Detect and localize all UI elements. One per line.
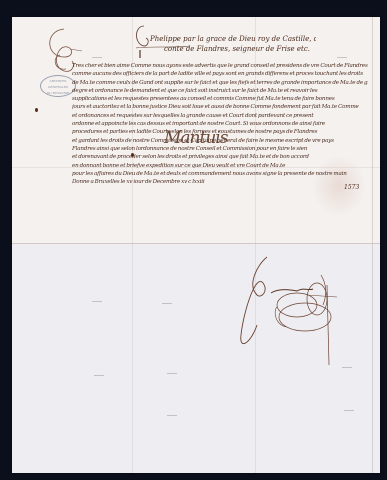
body-line: en donnant bonne et briefve expedition s… [72,162,368,170]
body-line: degre et ordonance le demandent et que c… [72,87,368,95]
letter-body: Tres cher et bien aime Comme nous ayons … [72,62,368,186]
crease-mark [167,373,177,374]
body-line: Donne a Bruxelles le xv iour de Decembre… [72,178,368,186]
horizontal-fold-line [12,243,380,244]
body-line: supplications et les requestes presentee… [72,95,368,103]
heading-line: conte de Flandres, seigneur de Frise etc… [136,44,316,54]
body-line: et dorenavant de proceder selon les droi… [72,153,368,161]
crease-mark [344,410,354,411]
ink-blot [35,108,38,112]
letter-heading: Phelippe par la grace de Dieu roy de Cas… [136,34,316,54]
vertical-fold-line [372,17,373,473]
body-line: de Ma.te comme ceulx de Gand ont supplie… [72,79,368,87]
crease-mark [342,367,352,368]
first-signature: Mantuis [164,128,227,148]
body-line: comme aucuns des officiers de la part de… [72,70,368,78]
crease-mark [94,375,104,376]
archive-stamp: ARCHIVES GENERALES DU ROYAUME [40,75,76,97]
manuscript-page: ARCHIVES GENERALES DU ROYAUME Phelippe p… [12,17,380,473]
crease-mark [162,303,172,304]
body-line: et ordonances et requestes sur lesquelle… [72,112,368,120]
crease-mark [92,301,102,302]
body-line: jours et auctoritez et la bonne justice … [72,103,368,111]
date-mark: 1573 [344,184,359,191]
ink-blot [131,153,134,157]
heading-line: Phelippe par la grace de Dieu roy de Cas… [136,34,316,44]
crease-mark [337,57,347,58]
stamp-line: DU ROYAUME [41,90,75,96]
royal-signature-icon [237,255,377,375]
body-line: pour les affaires du Dieu de Ma.te et de… [72,170,368,178]
crease-mark [92,57,102,58]
crease-mark [167,415,177,416]
body-line: Tres cher et bien aime Comme nous ayons … [72,62,368,70]
